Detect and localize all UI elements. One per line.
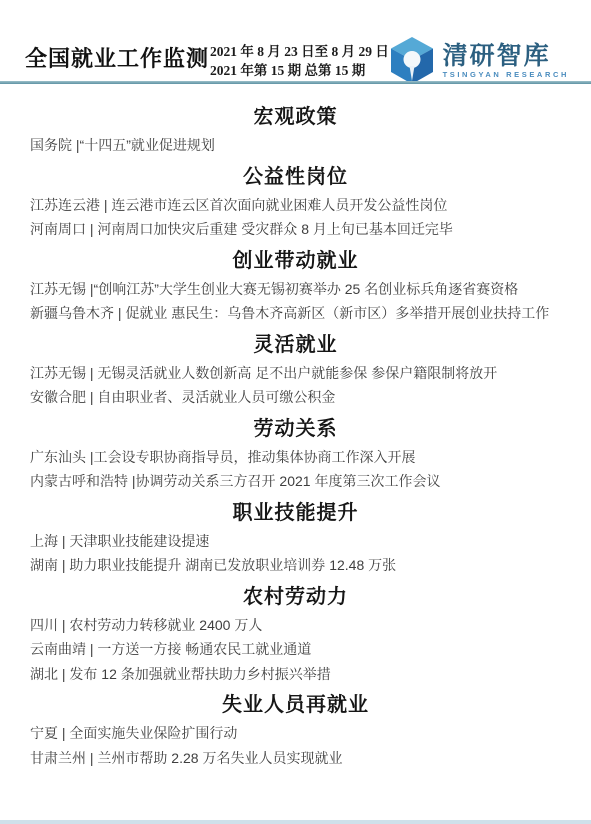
- issue-dates: 2021 年 8 月 23 日至 8 月 29 日 2021 年第 15 期 总…: [210, 42, 389, 80]
- news-item: 国务院 |“十四五”就业促进规划: [30, 133, 561, 158]
- news-item: 内蒙古呼和浩特 |协调劳动关系三方召开 2021 年度第三次工作会议: [30, 469, 561, 494]
- section-flexible-employment: 灵活就业 江苏无锡 | 无锡灵活就业人数创新高 足不出户就能参保 参保户籍限制将…: [30, 332, 561, 410]
- section-unemployed-reemployment: 失业人员再就业 宁夏 | 全面实施失业保险扩围行动 甘肃兰州 | 兰州市帮助 2…: [30, 692, 561, 770]
- news-item: 湖南 | 助力职业技能提升 湖南已发放职业培训券 12.48 万张: [30, 553, 561, 578]
- newsletter-body: 宏观政策 国务院 |“十四五”就业促进规划 公益性岗位 江苏连云港 | 连云港市…: [0, 84, 591, 770]
- section-vocational-skills: 职业技能提升 上海 | 天津职业技能建设提速 湖南 | 助力职业技能提升 湖南已…: [30, 500, 561, 578]
- section-heading: 失业人员再就业: [30, 692, 561, 719]
- logo-subtitle: TSINGYAN RESEARCH: [443, 70, 569, 80]
- section-labor-relations: 劳动关系 广东汕头 |工会设专职协商指导员，推动集体协商工作深入开展 内蒙古呼和…: [30, 416, 561, 494]
- news-item: 宁夏 | 全面实施失业保险扩围行动: [30, 721, 561, 746]
- section-heading: 劳动关系: [30, 416, 561, 443]
- newsletter-page: 全国就业工作监测 2021 年 8 月 23 日至 8 月 29 日 2021 …: [0, 0, 591, 824]
- news-item: 广东汕头 |工会设专职协商指导员，推动集体协商工作深入开展: [30, 445, 561, 470]
- logo-text: 清研智库 TSINGYAN RESEARCH: [443, 43, 569, 80]
- logo-name: 清研智库: [443, 43, 569, 70]
- news-item: 江苏无锡 | 无锡灵活就业人数创新高 足不出户就能参保 参保户籍限制将放开: [30, 361, 561, 386]
- news-item: 云南曲靖 | 一方送一方接 畅通农民工就业通道: [30, 637, 561, 662]
- news-item: 甘肃兰州 | 兰州市帮助 2.28 万名失业人员实现就业: [30, 746, 561, 771]
- header-divider: [0, 81, 591, 84]
- section-heading: 创业带动就业: [30, 248, 561, 275]
- news-item: 四川 | 农村劳动力转移就业 2400 万人: [30, 613, 561, 638]
- section-heading: 农村劳动力: [30, 584, 561, 611]
- bottom-strip: [0, 820, 591, 824]
- news-item: 上海 | 天津职业技能建设提速: [30, 529, 561, 554]
- brand-logo: 清研智库 TSINGYAN RESEARCH: [388, 36, 569, 86]
- news-item: 安徽合肥 | 自由职业者、灵活就业人员可缴公积金: [30, 385, 561, 410]
- section-entrepreneurship-driven-employment: 创业带动就业 江苏无锡 |“创响江苏”大学生创业大赛无锡初赛举办 25 名创业标…: [30, 248, 561, 326]
- section-rural-labor: 农村劳动力 四川 | 农村劳动力转移就业 2400 万人 云南曲靖 | 一方送一…: [30, 584, 561, 687]
- section-heading: 宏观政策: [30, 104, 561, 131]
- page-title: 全国就业工作监测: [25, 46, 209, 72]
- section-heading: 灵活就业: [30, 332, 561, 359]
- masthead: 全国就业工作监测 2021 年 8 月 23 日至 8 月 29 日 2021 …: [0, 0, 591, 84]
- issue-number: 2021 年第 15 期 总第 15 期: [210, 61, 389, 80]
- section-heading: 职业技能提升: [30, 500, 561, 527]
- section-public-welfare-jobs: 公益性岗位 江苏连云港 | 连云港市连云区首次面向就业困难人员开发公益性岗位 河…: [30, 164, 561, 242]
- cube-logo-icon: [388, 36, 436, 86]
- news-item: 江苏连云港 | 连云港市连云区首次面向就业困难人员开发公益性岗位: [30, 193, 561, 218]
- section-heading: 公益性岗位: [30, 164, 561, 191]
- date-range: 2021 年 8 月 23 日至 8 月 29 日: [210, 42, 389, 61]
- section-macro-policy: 宏观政策 国务院 |“十四五”就业促进规划: [30, 104, 561, 158]
- news-item: 河南周口 | 河南周口加快灾后重建 受灾群众 8 月上旬已基本回迁完毕: [30, 217, 561, 242]
- news-item: 江苏无锡 |“创响江苏”大学生创业大赛无锡初赛举办 25 名创业标兵角逐省赛资格: [30, 277, 561, 302]
- news-item: 新疆乌鲁木齐 | 促就业 惠民生：乌鲁木齐高新区（新市区）多举措开展创业扶持工作: [30, 301, 561, 326]
- news-item: 湖北 | 发布 12 条加强就业帮扶助力乡村振兴举措: [30, 662, 561, 687]
